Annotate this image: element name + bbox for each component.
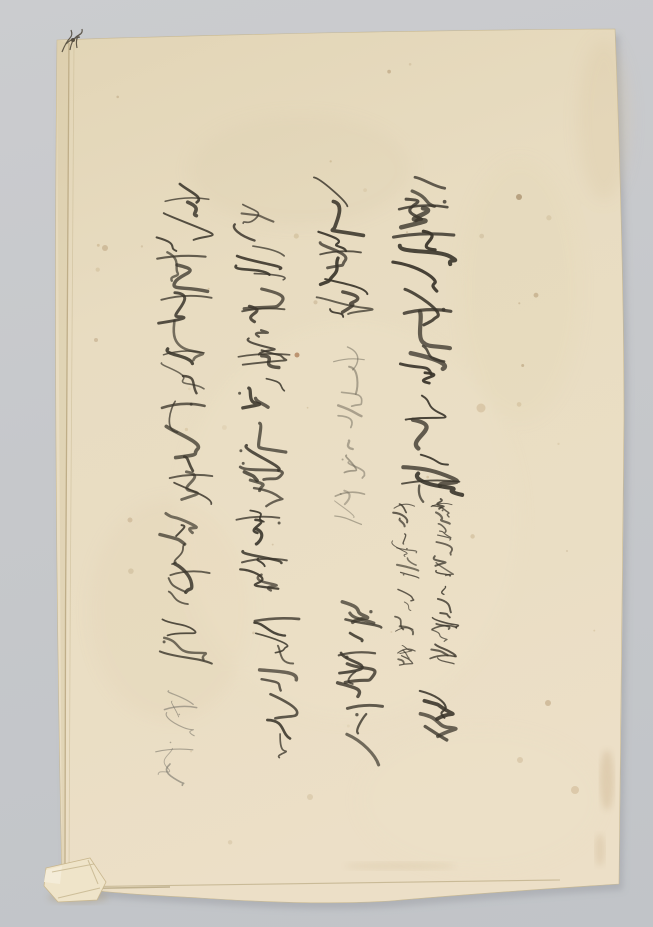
calligraphy-column-divine-land: 神國之: [258, 620, 304, 769]
calligraphy-column-transmission-note: 相傳之説: [333, 346, 371, 542]
photo-background: 寛文第四五月 始十二日巳刻 訖十六日午刻 受 二条家 相傳之説 法皇亦 御傳以此…: [0, 0, 653, 927]
calligraphy-column-signature: 資慶: [157, 690, 197, 796]
calligraphy-column-main-line: 御傳以此巻授之者也: [235, 200, 289, 604]
calligraphy-column-retired-emperor: 法皇亦: [337, 598, 385, 768]
calligraphy-column-received-mark: 受: [408, 686, 458, 762]
calligraphy-column-end-date-note: 訖十六日午刻: [394, 502, 418, 678]
calligraphy-column-start-date-note: 始十二日巳刻: [431, 496, 457, 678]
calligraphy-column-nijo-family: 二条家: [308, 178, 364, 339]
calligraphy-column-era-date: 寛文第四五月: [395, 175, 459, 513]
manuscript-photo: [0, 0, 653, 927]
calligraphy-column-closing-line: 宿縁扵是歓喜之至也: [159, 180, 213, 683]
